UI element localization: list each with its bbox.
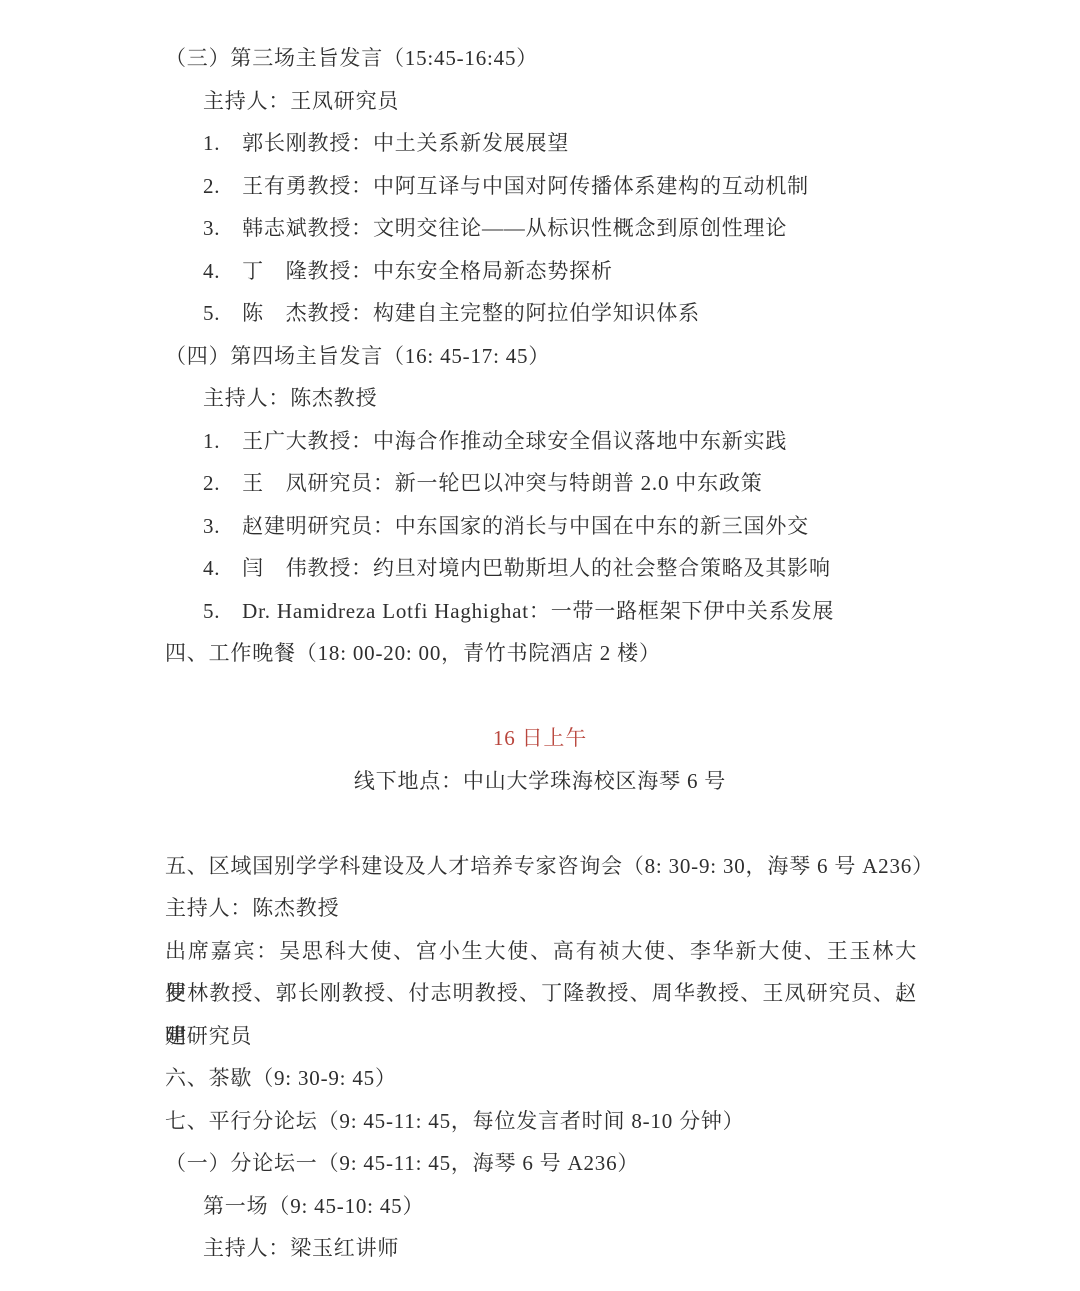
tea-break-line: 六、茶歇（9: 30-9: 45） — [0, 1057, 1080, 1100]
session4-item-2: 2. 王 凤研究员：新一轮巴以冲突与特朗普 2.0 中东政策 — [0, 462, 1080, 505]
session7-heading: 七、平行分论坛（9: 45-11: 45，每位发言者时间 8-10 分钟） — [0, 1100, 1080, 1143]
session4-item-3: 3. 赵建明研究员：中东国家的消长与中国在中东的新三国外交 — [0, 505, 1080, 548]
date-header: 16 日上午 — [0, 717, 1080, 760]
dinner-line: 四、工作晚餐（18: 00-20: 00，青竹书院酒店 2 楼） — [0, 632, 1080, 675]
session4-heading: （四）第四场主旨发言（16: 45-17: 45） — [0, 335, 1080, 378]
venue-line: 线下地点：中山大学珠海校区海琴 6 号 — [0, 760, 1080, 803]
session4-item-1: 1. 王广大教授：中海合作推动全球安全倡议落地中东新实践 — [0, 420, 1080, 463]
session3-item-5: 5. 陈 杰教授：构建自主完整的阿拉伯学知识体系 — [0, 292, 1080, 335]
blank-line — [0, 802, 1080, 845]
session3-moderator: 主持人：王凤研究员 — [0, 80, 1080, 123]
session3-item-2: 2. 王有勇教授：中阿互译与中国对阿传播体系建构的互动机制 — [0, 165, 1080, 208]
forum1-session1: 第一场（9: 45-10: 45） — [0, 1185, 1080, 1228]
session5-guests-line-3: 明研究员 — [0, 1015, 1080, 1058]
session3-item-3: 3. 韩志斌教授：文明交往论——从标识性概念到原创性理论 — [0, 207, 1080, 250]
document-page: （三）第三场主旨发言（15:45-16:45） 主持人：王凤研究员 1. 郭长刚… — [0, 0, 1080, 1291]
session5-guests-line-2: 罗林教授、郭长刚教授、付志明教授、丁隆教授、周华教授、王凤研究员、赵建 — [0, 972, 1080, 1015]
session5-guests-line-1: 出席嘉宾：吴思科大使、宫小生大使、高有祯大使、李华新大使、王玉林大使、 — [0, 930, 1080, 973]
session4-item-4: 4. 闫 伟教授：约旦对境内巴勒斯坦人的社会整合策略及其影响 — [0, 547, 1080, 590]
session4-item-5: 5. Dr. Hamidreza Lotfi Haghighat：一带一路框架下… — [0, 590, 1080, 633]
session3-item-4: 4. 丁 隆教授：中东安全格局新态势探析 — [0, 250, 1080, 293]
session3-item-1: 1. 郭长刚教授：中土关系新发展展望 — [0, 122, 1080, 165]
session3-heading: （三）第三场主旨发言（15:45-16:45） — [0, 37, 1080, 80]
forum1-moderator: 主持人：梁玉红讲师 — [0, 1227, 1080, 1270]
conference-program: （三）第三场主旨发言（15:45-16:45） 主持人：王凤研究员 1. 郭长刚… — [0, 0, 1080, 1270]
session5-moderator: 主持人：陈杰教授 — [0, 887, 1080, 930]
session4-moderator: 主持人：陈杰教授 — [0, 377, 1080, 420]
forum1-heading: （一）分论坛一（9: 45-11: 45，海琴 6 号 A236） — [0, 1142, 1080, 1185]
blank-line — [0, 675, 1080, 718]
session5-heading: 五、区域国别学学科建设及人才培养专家咨询会（8: 30-9: 30，海琴 6 号… — [0, 845, 1080, 888]
